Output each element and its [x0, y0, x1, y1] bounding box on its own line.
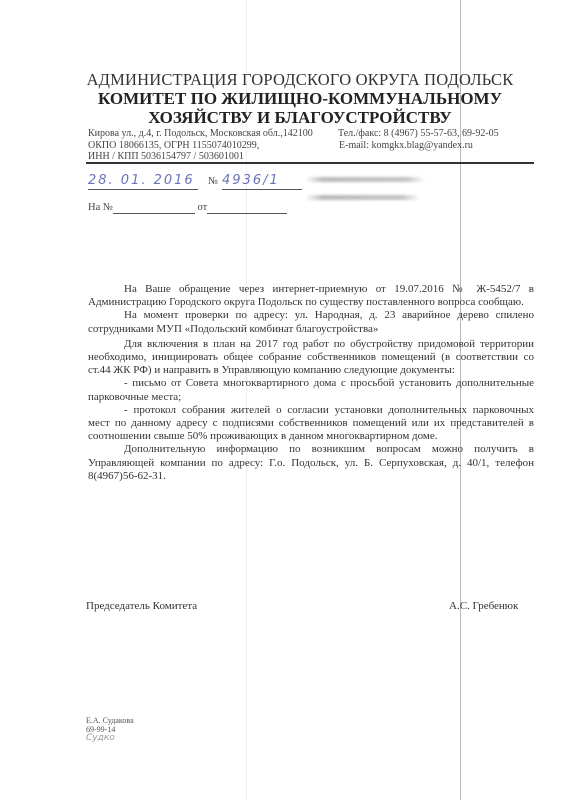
redacted-recipient: [305, 195, 420, 200]
email: E-mail: komgkx.blag@yandex.ru: [338, 140, 499, 152]
letter-body: На Ваше обращение через интернет-приемну…: [88, 283, 534, 483]
address: Кирова ул., д.4, г. Подольск, Московская…: [88, 128, 313, 140]
executor-handwritten-signature: Судко: [86, 734, 134, 743]
list-item: - протокол собрания жителей о согласии у…: [88, 404, 534, 444]
registration-line: 28. 01. 2016 № 4936/1: [88, 171, 302, 190]
executor-block: Е.А. Судакова 69-99-14 Судко: [86, 716, 134, 743]
letterhead-committee-line2: ХОЗЯЙСТВУ И БЛАГОУСТРОЙСТВУ: [60, 109, 540, 126]
signatory-name: А.С. Гребенюк: [449, 600, 518, 612]
list-item: - письмо от Совета многоквартирного дома…: [88, 377, 534, 403]
paragraph-inspection: На момент проверки по адресу: ул. Народн…: [88, 309, 534, 335]
header-divider: [86, 162, 534, 164]
paragraph-response: На Ваше обращение через интернет-приемну…: [88, 283, 534, 309]
letterhead-committee-line1: КОМИТЕТ ПО ЖИЛИЩНО-КОММУНАЛЬНОМУ: [60, 90, 540, 107]
letterhead-administration: АДМИНИСТРАЦИЯ ГОРОДСКОГО ОКРУГА ПОДОЛЬСК: [60, 72, 540, 89]
ref-from-label: от: [198, 202, 208, 213]
ref-date-field: [207, 202, 287, 214]
date-field: 28. 01. 2016: [88, 171, 198, 190]
okpo-ogrn: ОКПО 18066135, ОГРН 1155074010299,: [88, 140, 313, 152]
ref-number-field: [113, 202, 195, 214]
phone-fax: Тел./факс: 8 (4967) 55-57-63, 69-92-05: [338, 128, 499, 140]
number-handwritten: 4936/1: [222, 173, 280, 188]
inn-kpp: ИНН / КПП 5036154797 / 503601001: [88, 151, 313, 163]
number-label: №: [208, 176, 218, 187]
redacted-recipient: [305, 177, 425, 182]
reference-line: На № от: [88, 202, 287, 214]
letterhead-requisites: Кирова ул., д.4, г. Подольск, Московская…: [88, 128, 313, 163]
paragraph-plan: Для включения в план на 2017 год работ п…: [88, 338, 534, 378]
executor-name: Е.А. Судакова: [86, 716, 134, 725]
date-handwritten: 28. 01. 2016: [88, 173, 195, 188]
ref-number-label: На №: [88, 202, 113, 213]
paragraph-contact-info: Дополнительную информацию по возникшим в…: [88, 443, 534, 483]
signatory-position: Председатель Комитета: [86, 600, 197, 612]
letterhead-contacts: Тел./факс: 8 (4967) 55-57-63, 69-92-05 E…: [338, 128, 499, 151]
number-field: 4936/1: [222, 171, 302, 190]
